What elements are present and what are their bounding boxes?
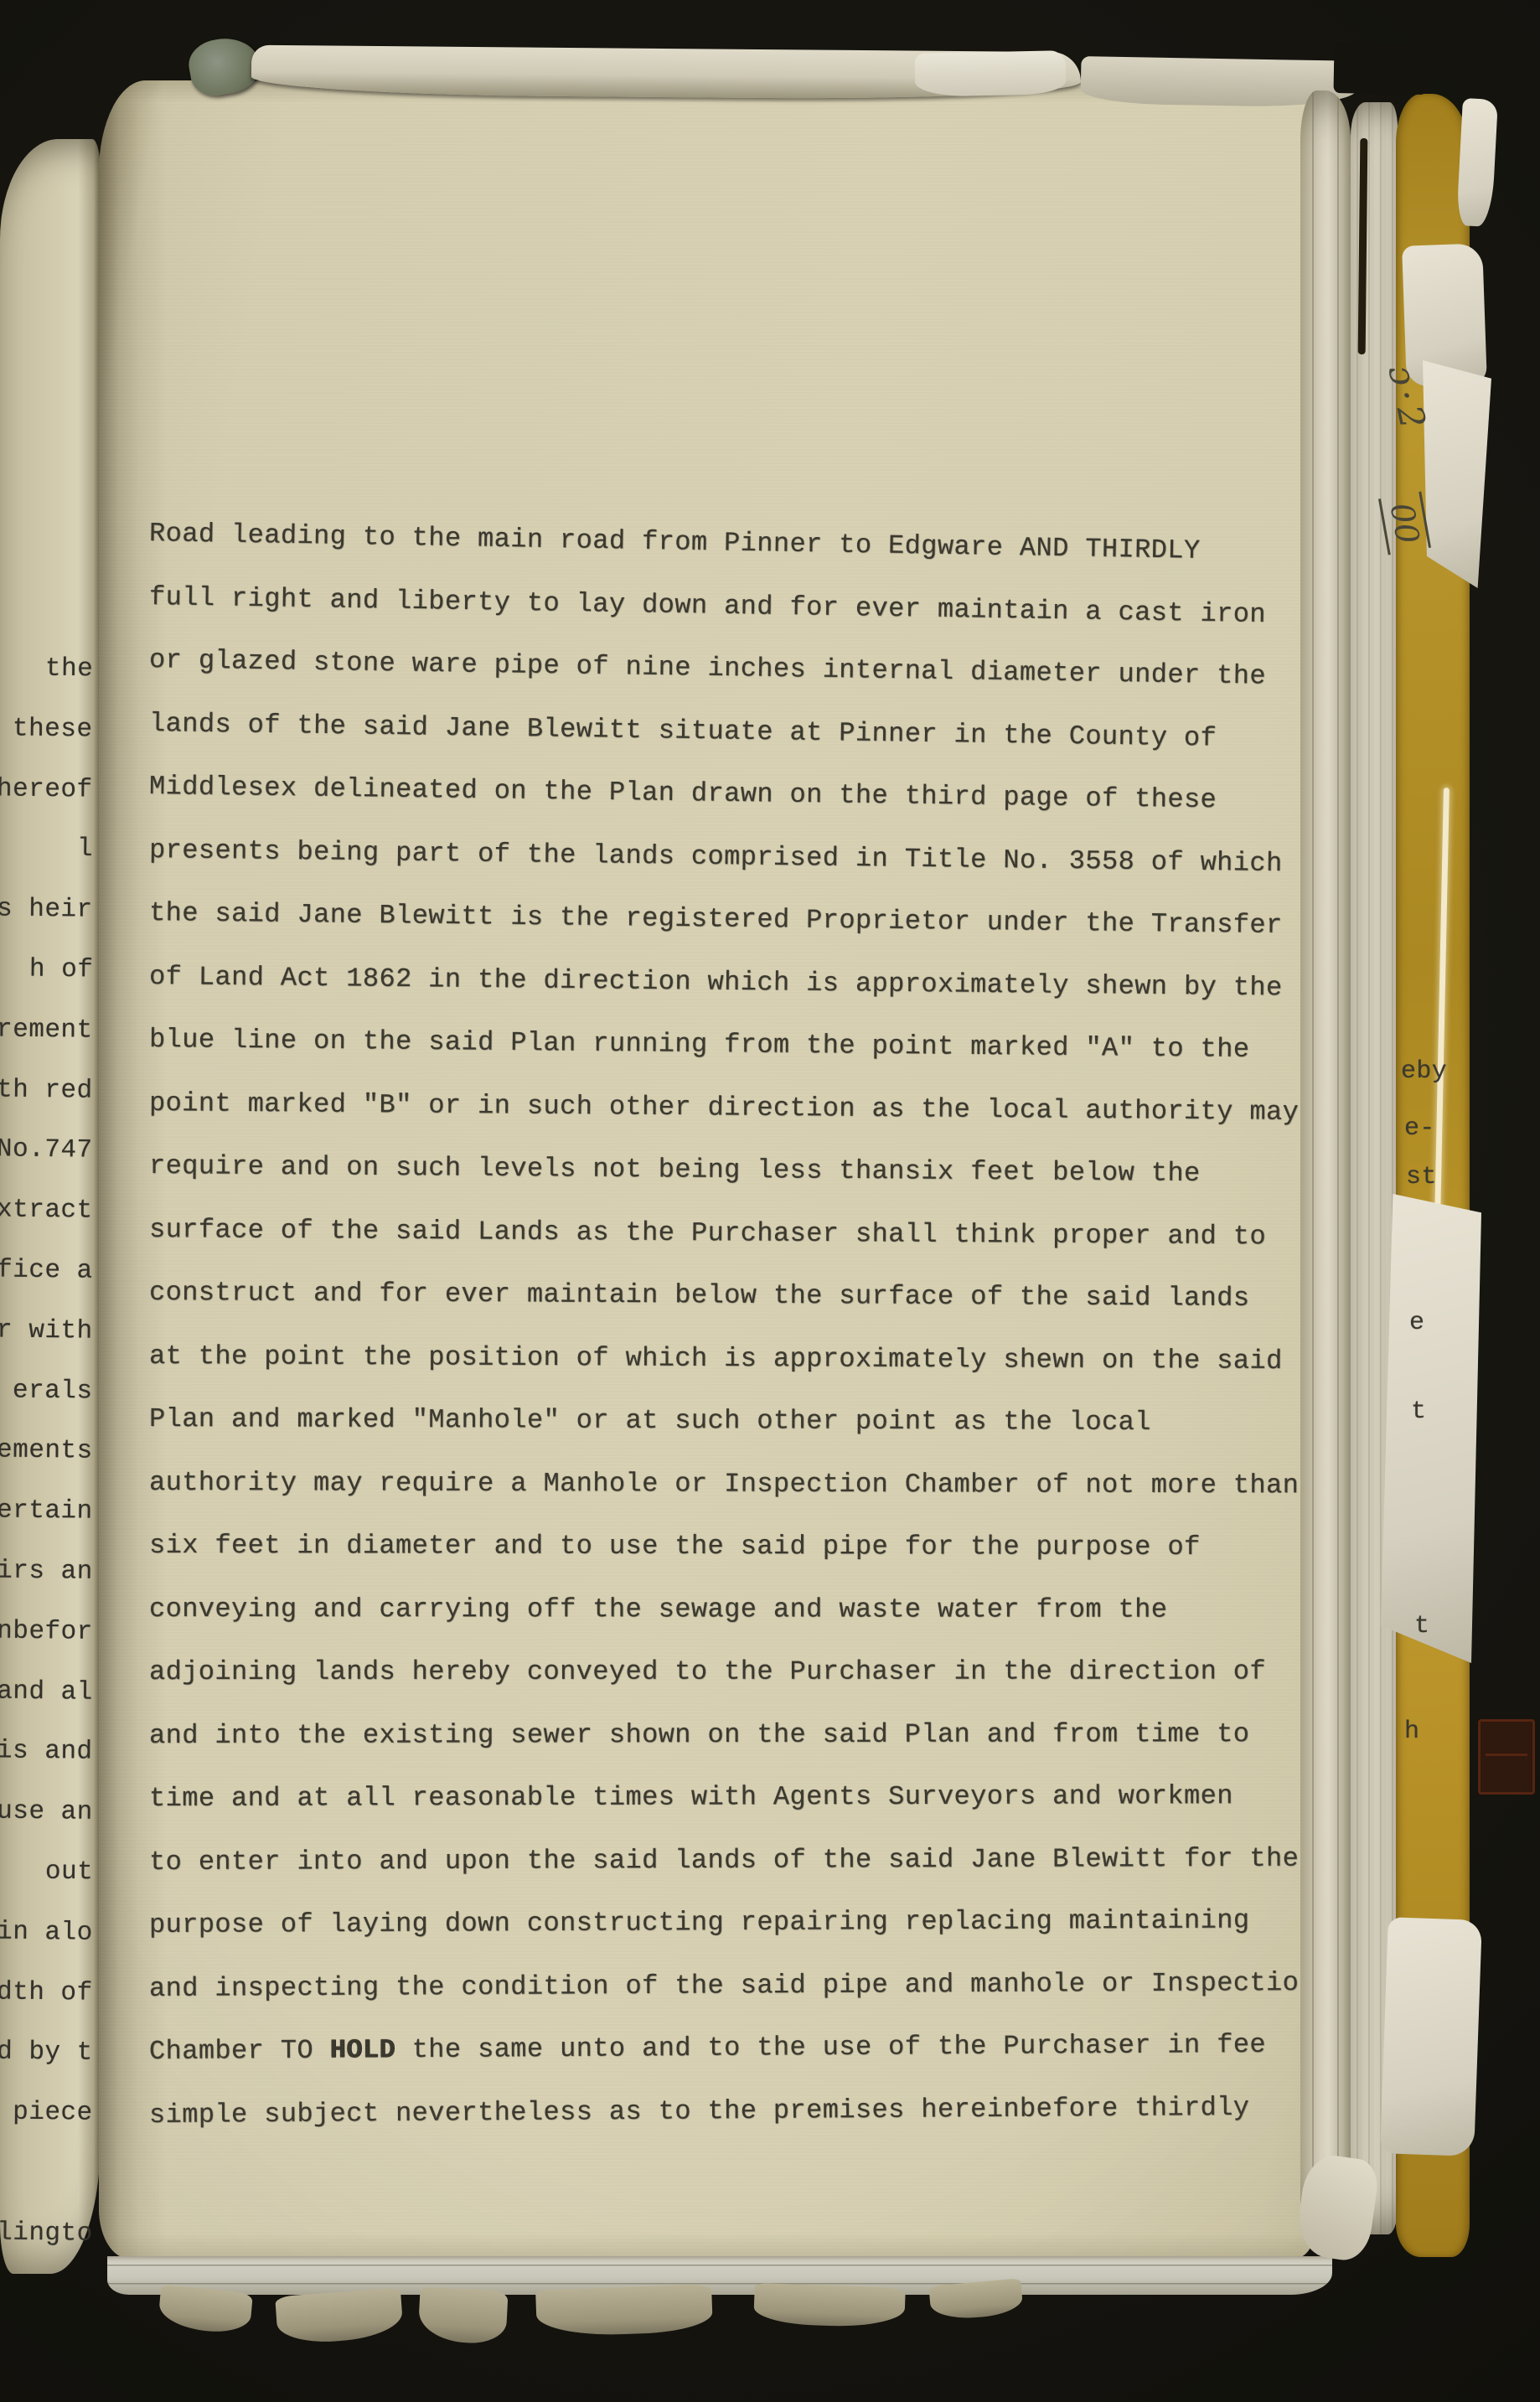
page-text-fragment: e bbox=[1409, 1309, 1424, 1337]
document-line: full right and liberty to lay down and f… bbox=[149, 581, 1267, 636]
page-text-fragment: the bbox=[45, 654, 94, 684]
torn-paper-piece bbox=[914, 50, 1066, 97]
page-text-fragment: e use an bbox=[0, 1796, 93, 1827]
page-text-fragment: s in alo bbox=[0, 1917, 93, 1948]
page-text-fragment: extract bbox=[0, 1195, 93, 1225]
page-text-fragment: heirs an bbox=[0, 1556, 93, 1587]
torn-paper-bit bbox=[928, 2278, 1023, 2321]
document-line: lands of the said Jane Blewitt situate a… bbox=[149, 708, 1217, 760]
page-text-fragment: ith red bbox=[0, 1075, 93, 1105]
page-text-fragment: these bbox=[13, 714, 93, 744]
page-text-fragment: ellingto bbox=[0, 2218, 93, 2249]
page-text-fragment: h of bbox=[28, 955, 93, 985]
page-text-fragment: er with bbox=[0, 1315, 93, 1346]
document-line: time and at all reasonable times with Ag… bbox=[149, 1780, 1233, 1820]
document-line: require and on such levels not being les… bbox=[149, 1150, 1201, 1195]
document-line: to enter into and upon the said lands of… bbox=[149, 1842, 1299, 1883]
typewritten-text: Road leading to the main road from Pinne… bbox=[149, 518, 1301, 2193]
document-line: simple subject nevertheless as to the pr… bbox=[149, 2091, 1250, 2136]
document-line: of Land Act 1862 in the direction which … bbox=[149, 961, 1283, 1009]
page-text-fragment: urement bbox=[0, 1015, 93, 1045]
paper-patch bbox=[1456, 98, 1498, 227]
torn-paper-bit bbox=[753, 2283, 906, 2328]
document-line: authority may require a Manhole or Inspe… bbox=[149, 1467, 1299, 1506]
document-line: and into the existing sewer shown on the… bbox=[149, 1718, 1249, 1757]
torn-paper-bit bbox=[275, 2288, 404, 2345]
document-line: surface of the said Lands as the Purchas… bbox=[149, 1214, 1266, 1258]
page-fold-edge bbox=[1300, 90, 1351, 2244]
page-text-fragment: is and bbox=[0, 1737, 93, 1767]
torn-paper-bit bbox=[417, 2286, 508, 2344]
document-line: the said Jane Blewitt is the registered … bbox=[149, 897, 1283, 947]
paper-patch bbox=[1381, 1194, 1481, 1663]
cover-gap-notch bbox=[1333, 43, 1428, 95]
page-text-fragment: h bbox=[1404, 1718, 1419, 1746]
page-text-fragment: pertain bbox=[0, 1495, 93, 1526]
page-text-fragment: idth of bbox=[0, 1977, 93, 2007]
document-line: and inspecting the condition of the said… bbox=[149, 1966, 1315, 2009]
page-text-fragment: ffice a bbox=[0, 1255, 93, 1285]
paper-patch bbox=[1423, 360, 1491, 588]
document-line: blue line on the said Plan running from … bbox=[149, 1024, 1250, 1071]
page-text-fragment: erals bbox=[13, 1376, 93, 1406]
page-text-fragment: No.747 bbox=[0, 1135, 93, 1165]
document-line: Road leading to the main road from Pinne… bbox=[149, 518, 1201, 572]
torn-paper-bit bbox=[535, 2284, 713, 2337]
document-line: purpose of laying down constructing repa… bbox=[149, 1904, 1250, 1946]
page-text-fragment: sed by t bbox=[0, 2038, 93, 2069]
book-scan: thethesehereoflis heirh ofurementith red… bbox=[0, 0, 1540, 2402]
paper-patch bbox=[1380, 1917, 1482, 2157]
page-text-fragment: st bbox=[1406, 1163, 1437, 1191]
document-line: construct and for ever maintain below th… bbox=[149, 1277, 1250, 1320]
page-text-fragment: out bbox=[45, 1857, 94, 1888]
document-line: adjoining lands hereby conveyed to the P… bbox=[149, 1656, 1266, 1693]
document-line: presents being part of the lands compris… bbox=[149, 834, 1283, 885]
document-page: Road leading to the main road from Pinne… bbox=[99, 80, 1314, 2259]
document-line: at the point the position of which is ap… bbox=[149, 1340, 1283, 1382]
page-text-fragment: sements bbox=[0, 1436, 93, 1466]
document-line: six feet in diameter and to use the said… bbox=[149, 1530, 1201, 1568]
page-text-fragment: eby bbox=[1401, 1057, 1447, 1086]
torn-paper-bit bbox=[158, 2285, 253, 2334]
bottom-page-stack-edge bbox=[107, 2256, 1332, 2295]
document-line: point marked "B" or in such other direct… bbox=[149, 1087, 1300, 1134]
page-text-fragment: l bbox=[77, 834, 93, 864]
document-line: or glazed stone ware pipe of nine inches… bbox=[149, 644, 1267, 698]
cover-label bbox=[1478, 1719, 1535, 1795]
page-text-fragment: e- bbox=[1404, 1114, 1435, 1143]
document-line: conveying and carrying off the sewage an… bbox=[149, 1594, 1167, 1631]
previous-page-edge: thethesehereoflis heirh ofurementith red… bbox=[0, 139, 101, 2274]
page-text-fragment: e piece bbox=[0, 2097, 93, 2127]
page-text-fragment: einbefor bbox=[0, 1616, 93, 1647]
page-stack-edges bbox=[1351, 102, 1398, 2234]
document-line: Middlesex delineated on the Plan drawn o… bbox=[149, 771, 1217, 821]
page-text-fragment: is heir bbox=[0, 894, 93, 924]
page-text-fragment: t bbox=[1414, 1612, 1429, 1640]
page-text-fragment: s and al bbox=[0, 1676, 93, 1707]
previous-page-text-fragments: thethesehereoflis heirh ofurementith red… bbox=[0, 654, 97, 2330]
document-line: Chamber TO HOLD the same unto and to the… bbox=[149, 2029, 1266, 2073]
page-text-fragment: hereof bbox=[0, 774, 93, 804]
document-line: Plan and marked "Manhole" or at such oth… bbox=[149, 1403, 1151, 1444]
page-text-fragment: t bbox=[1411, 1397, 1426, 1426]
